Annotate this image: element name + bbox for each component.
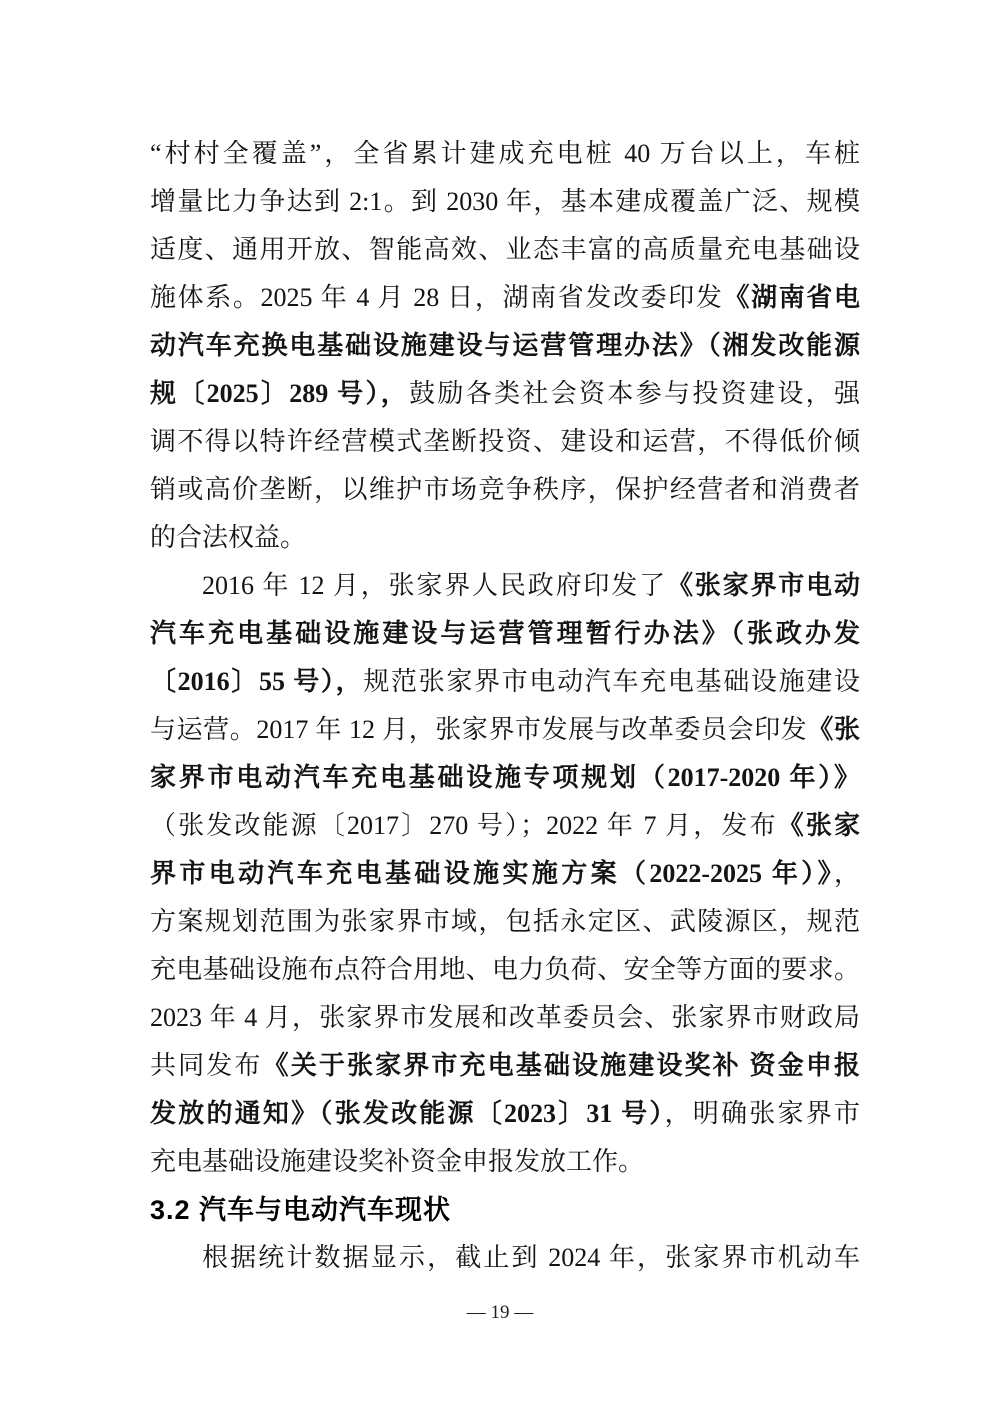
text-segment: （张发改能源〔2017〕270 号）；2022 年 7 月，发布: [150, 811, 778, 840]
text-segment: 《张家: [778, 811, 860, 840]
document-text: “村村全覆盖”，全省累计建成充电桩 40 万台以上，车桩增量比力争达到 2:1。…: [150, 130, 860, 1282]
text-line: 共同发布《关于张家界市充电基础设施建设奖补 资金申报: [150, 1042, 860, 1090]
text-line: 调不得以特许经营模式垄断投资、建设和运营，不得低价倾: [150, 418, 860, 466]
text-segment: 根据统计数据显示，截止到 2024 年，张家界市机动车: [202, 1243, 860, 1272]
text-line: 与运营。2017 年 12 月，张家界市发展与改革委员会印发《张: [150, 706, 860, 754]
text-line: 销或高价垄断，以维护市场竞争秩序，保护经营者和消费者: [150, 466, 860, 514]
text-segment: 动汽车充换电基础设施建设与运营管理办法》（湘发改能源: [150, 331, 860, 360]
text-line: 2023 年 4 月，张家界市发展和改革委员会、张家界市财政局: [150, 994, 860, 1042]
text-segment: 的合法权益。: [150, 523, 306, 552]
text-segment: 共同发布: [150, 1051, 263, 1080]
text-segment: 界市电动汽车充电基础设施实施方案（2022-2025 年）》: [150, 859, 834, 888]
text-segment: 方案规划范围为张家界市域，包括永定区、武陵源区，规范: [150, 907, 860, 936]
text-segment: “村村全覆盖”，全省累计建成充电桩 40 万台以上，车桩: [150, 139, 860, 168]
text-segment: 《张: [807, 715, 860, 744]
text-line: 充电基础设施布点符合用地、电力负荷、安全等方面的要求。: [150, 946, 860, 994]
text-segment: 《张家界市电动: [667, 571, 860, 600]
text-line: 规〔2025〕289 号），鼓励各类社会资本参与投资建设，强: [150, 370, 860, 418]
text-line: 动汽车充换电基础设施建设与运营管理办法》（湘发改能源: [150, 322, 860, 370]
text-segment: 施体系。2025 年 4 月 28 日，湖南省发改委印发: [150, 283, 724, 312]
text-segment: 3.2 汽车与电动汽车现状: [150, 1195, 451, 1225]
text-segment: 汽车充电基础设施建设与运营管理暂行办法》（张政办发: [150, 619, 860, 648]
text-line: 家界市电动汽车充电基础设施专项规划（2017-2020 年）》: [150, 754, 860, 802]
text-segment: 与运营。2017 年 12 月，张家界市发展与改革委员会印发: [150, 715, 807, 744]
text-segment: 家界市电动汽车充电基础设施专项规划（2017-2020 年）》: [150, 763, 860, 792]
text-segment: 销或高价垄断，以维护市场竞争秩序，保护经营者和消费者: [150, 475, 860, 504]
text-line: 发放的通知》（张发改能源〔2023〕31 号），明确张家界市: [150, 1090, 860, 1138]
text-segment: 充电基础设施建设奖补资金申报发放工作。: [150, 1147, 644, 1176]
text-line: 根据统计数据显示，截止到 2024 年，张家界市机动车: [150, 1234, 860, 1282]
text-segment: 规范张家界市电动汽车充电基础设施建设: [363, 667, 860, 696]
page-number: — 19 —: [0, 1302, 1000, 1324]
text-line: 适度、通用开放、智能高效、业态丰富的高质量充电基础设: [150, 226, 860, 274]
text-segment: 鼓励各类社会资本参与投资建设，强: [409, 379, 860, 408]
text-line: 2016 年 12 月，张家界人民政府印发了《张家界市电动: [150, 562, 860, 610]
text-segment: 充电基础设施布点符合用地、电力负荷、安全等方面的要求。: [150, 955, 860, 984]
text-line: “村村全覆盖”，全省累计建成充电桩 40 万台以上，车桩: [150, 130, 860, 178]
text-line: 增量比力争达到 2:1。到 2030 年，基本建成覆盖广泛、规模: [150, 178, 860, 226]
text-segment: 适度、通用开放、智能高效、业态丰富的高质量充电基础设: [150, 235, 860, 264]
text-segment: 增量比力争达到 2:1。到 2030 年，基本建成覆盖广泛、规模: [150, 187, 860, 216]
text-segment: 《关于张家界市充电基础设施建设奖补 资金申报: [263, 1051, 860, 1080]
document-page: “村村全覆盖”，全省累计建成充电桩 40 万台以上，车桩增量比力争达到 2:1。…: [0, 0, 1000, 1414]
text-segment: 《湖南省电: [724, 283, 860, 312]
text-segment: ，: [834, 859, 860, 888]
text-segment: ，明确张家界市: [665, 1099, 860, 1128]
text-line: 方案规划范围为张家界市域，包括永定区、武陵源区，规范: [150, 898, 860, 946]
text-segment: 规〔2025〕289 号），: [150, 379, 409, 408]
text-line: 汽车充电基础设施建设与运营管理暂行办法》（张政办发: [150, 610, 860, 658]
text-line: （张发改能源〔2017〕270 号）；2022 年 7 月，发布《张家: [150, 802, 860, 850]
text-segment: 发放的通知》（张发改能源〔2023〕31 号）: [150, 1099, 665, 1128]
section-heading: 3.2 汽车与电动汽车现状: [150, 1186, 860, 1234]
text-line: 的合法权益。: [150, 514, 860, 562]
text-segment: 2023 年 4 月，张家界市发展和改革委员会、张家界市财政局: [150, 1003, 860, 1032]
text-line: 充电基础设施建设奖补资金申报发放工作。: [150, 1138, 860, 1186]
text-line: 〔2016〕55 号），规范张家界市电动汽车充电基础设施建设: [150, 658, 860, 706]
text-segment: 〔2016〕55 号），: [150, 667, 363, 696]
text-line: 界市电动汽车充电基础设施实施方案（2022-2025 年）》，: [150, 850, 860, 898]
text-line: 施体系。2025 年 4 月 28 日，湖南省发改委印发《湖南省电: [150, 274, 860, 322]
text-segment: 调不得以特许经营模式垄断投资、建设和运营，不得低价倾: [150, 427, 860, 456]
text-segment: 2016 年 12 月，张家界人民政府印发了: [202, 571, 667, 600]
